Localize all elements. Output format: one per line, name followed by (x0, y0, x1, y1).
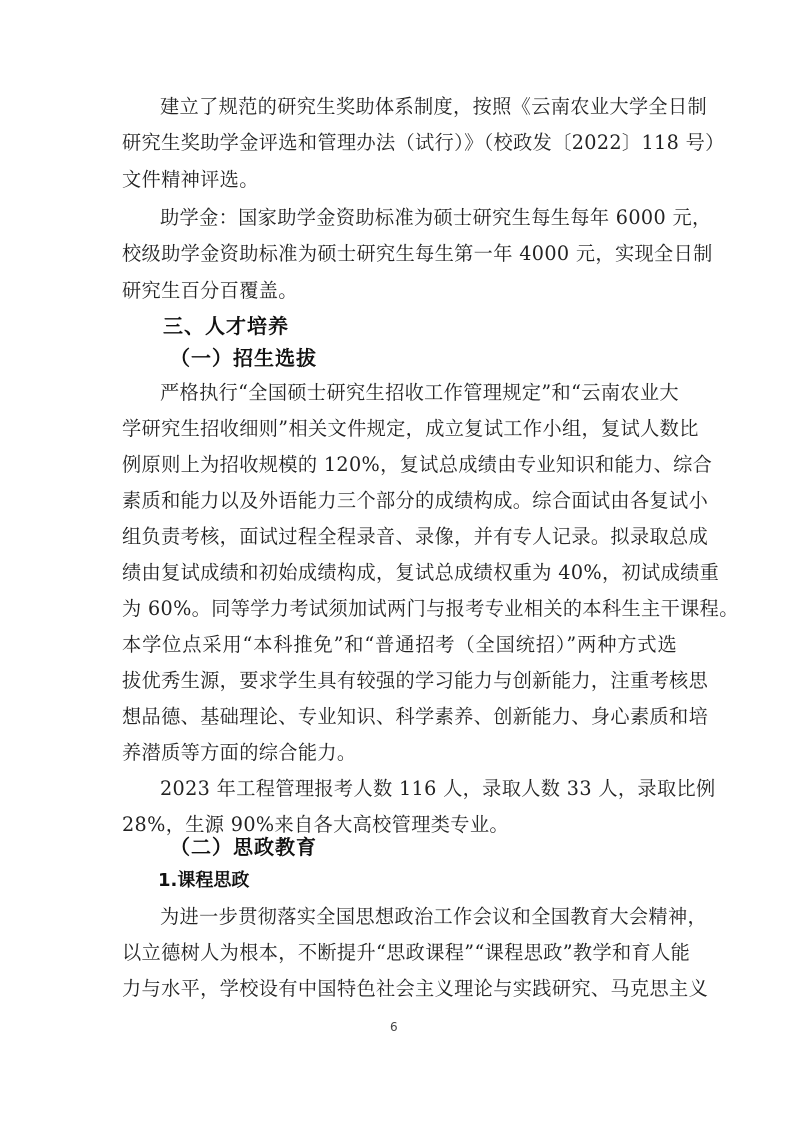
section-heading: 三、人才培养 (163, 313, 289, 339)
paragraph-line: 绩由复试成绩和初始成绩构成，复试总成绩权重为 40%，初试成绩重 (122, 561, 677, 585)
sub-subsection-heading: 1.课程思政 (158, 869, 249, 893)
paragraph-line: 养潜质等方面的综合能力。 (122, 741, 677, 765)
paragraph-line: 拔优秀生源，要求学生具有较强的学习能力与创新能力，注重考核思 (122, 669, 677, 693)
paragraph-line: 2023 年工程管理报考人数 116 人，录取人数 33 人，录取比例 (160, 777, 677, 801)
paragraph-line: 例原则上为招收规模的 120%，复试总成绩由专业知识和能力、综合 (122, 453, 677, 477)
paragraph-line: 研究生奖助学金评选和管理办法（试行）》（校政发〔2022〕118 号） (122, 131, 677, 155)
paragraph-line: 文件精神评选。 (122, 168, 677, 192)
page-number: 6 (390, 1020, 398, 1034)
subsection-heading: （一）招生选拔 (170, 345, 317, 371)
paragraph-line: 力与水平，学校设有中国特色社会主义理论与实践研究、马克思主义 (122, 977, 677, 1001)
paragraph-line: 严格执行“全国硕士研究生招收工作管理规定”和“云南农业大 (160, 381, 677, 405)
paragraph-line: 校级助学金资助标准为硕士研究生每生第一年 4000 元，实现全日制 (122, 242, 677, 266)
subsection-heading: （二）思政教育 (170, 834, 317, 860)
paragraph-line: 想品德、基础理论、专业知识、科学素养、创新能力、身心素质和培 (122, 705, 677, 729)
paragraph-line: 为进一步贯彻落实全国思想政治工作会议和全国教育大会精神， (160, 905, 677, 929)
paragraph-line: 为 60%。同等学力考试须加试两门与报考专业相关的本科生主干课程。 (122, 597, 677, 621)
paragraph-line: 建立了规范的研究生奖助体系制度，按照《云南农业大学全日制 (160, 95, 677, 119)
paragraph-line: 以立德树人为根本，不断提升“思政课程”“课程思政”教学和育人能 (122, 941, 677, 965)
document-page: 建立了规范的研究生奖助体系制度，按照《云南农业大学全日制 研究生奖助学金评选和管… (0, 0, 793, 1122)
paragraph-line: 本学位点采用“本科推免”和“普通招考（全国统招）”两种方式选 (122, 633, 677, 657)
paragraph-line: 研究生百分百覆盖。 (122, 279, 677, 303)
paragraph-line: 组负责考核，面试过程全程录音、录像，并有专人记录。拟录取总成 (122, 525, 677, 549)
paragraph-line: 学研究生招收细则”相关文件规定，成立复试工作小组，复试人数比 (122, 417, 677, 441)
paragraph-line: 素质和能力以及外语能力三个部分的成绩构成。综合面试由各复试小 (122, 489, 677, 513)
paragraph-line: 助学金：国家助学金资助标准为硕士研究生每生每年 6000 元， (160, 206, 677, 230)
